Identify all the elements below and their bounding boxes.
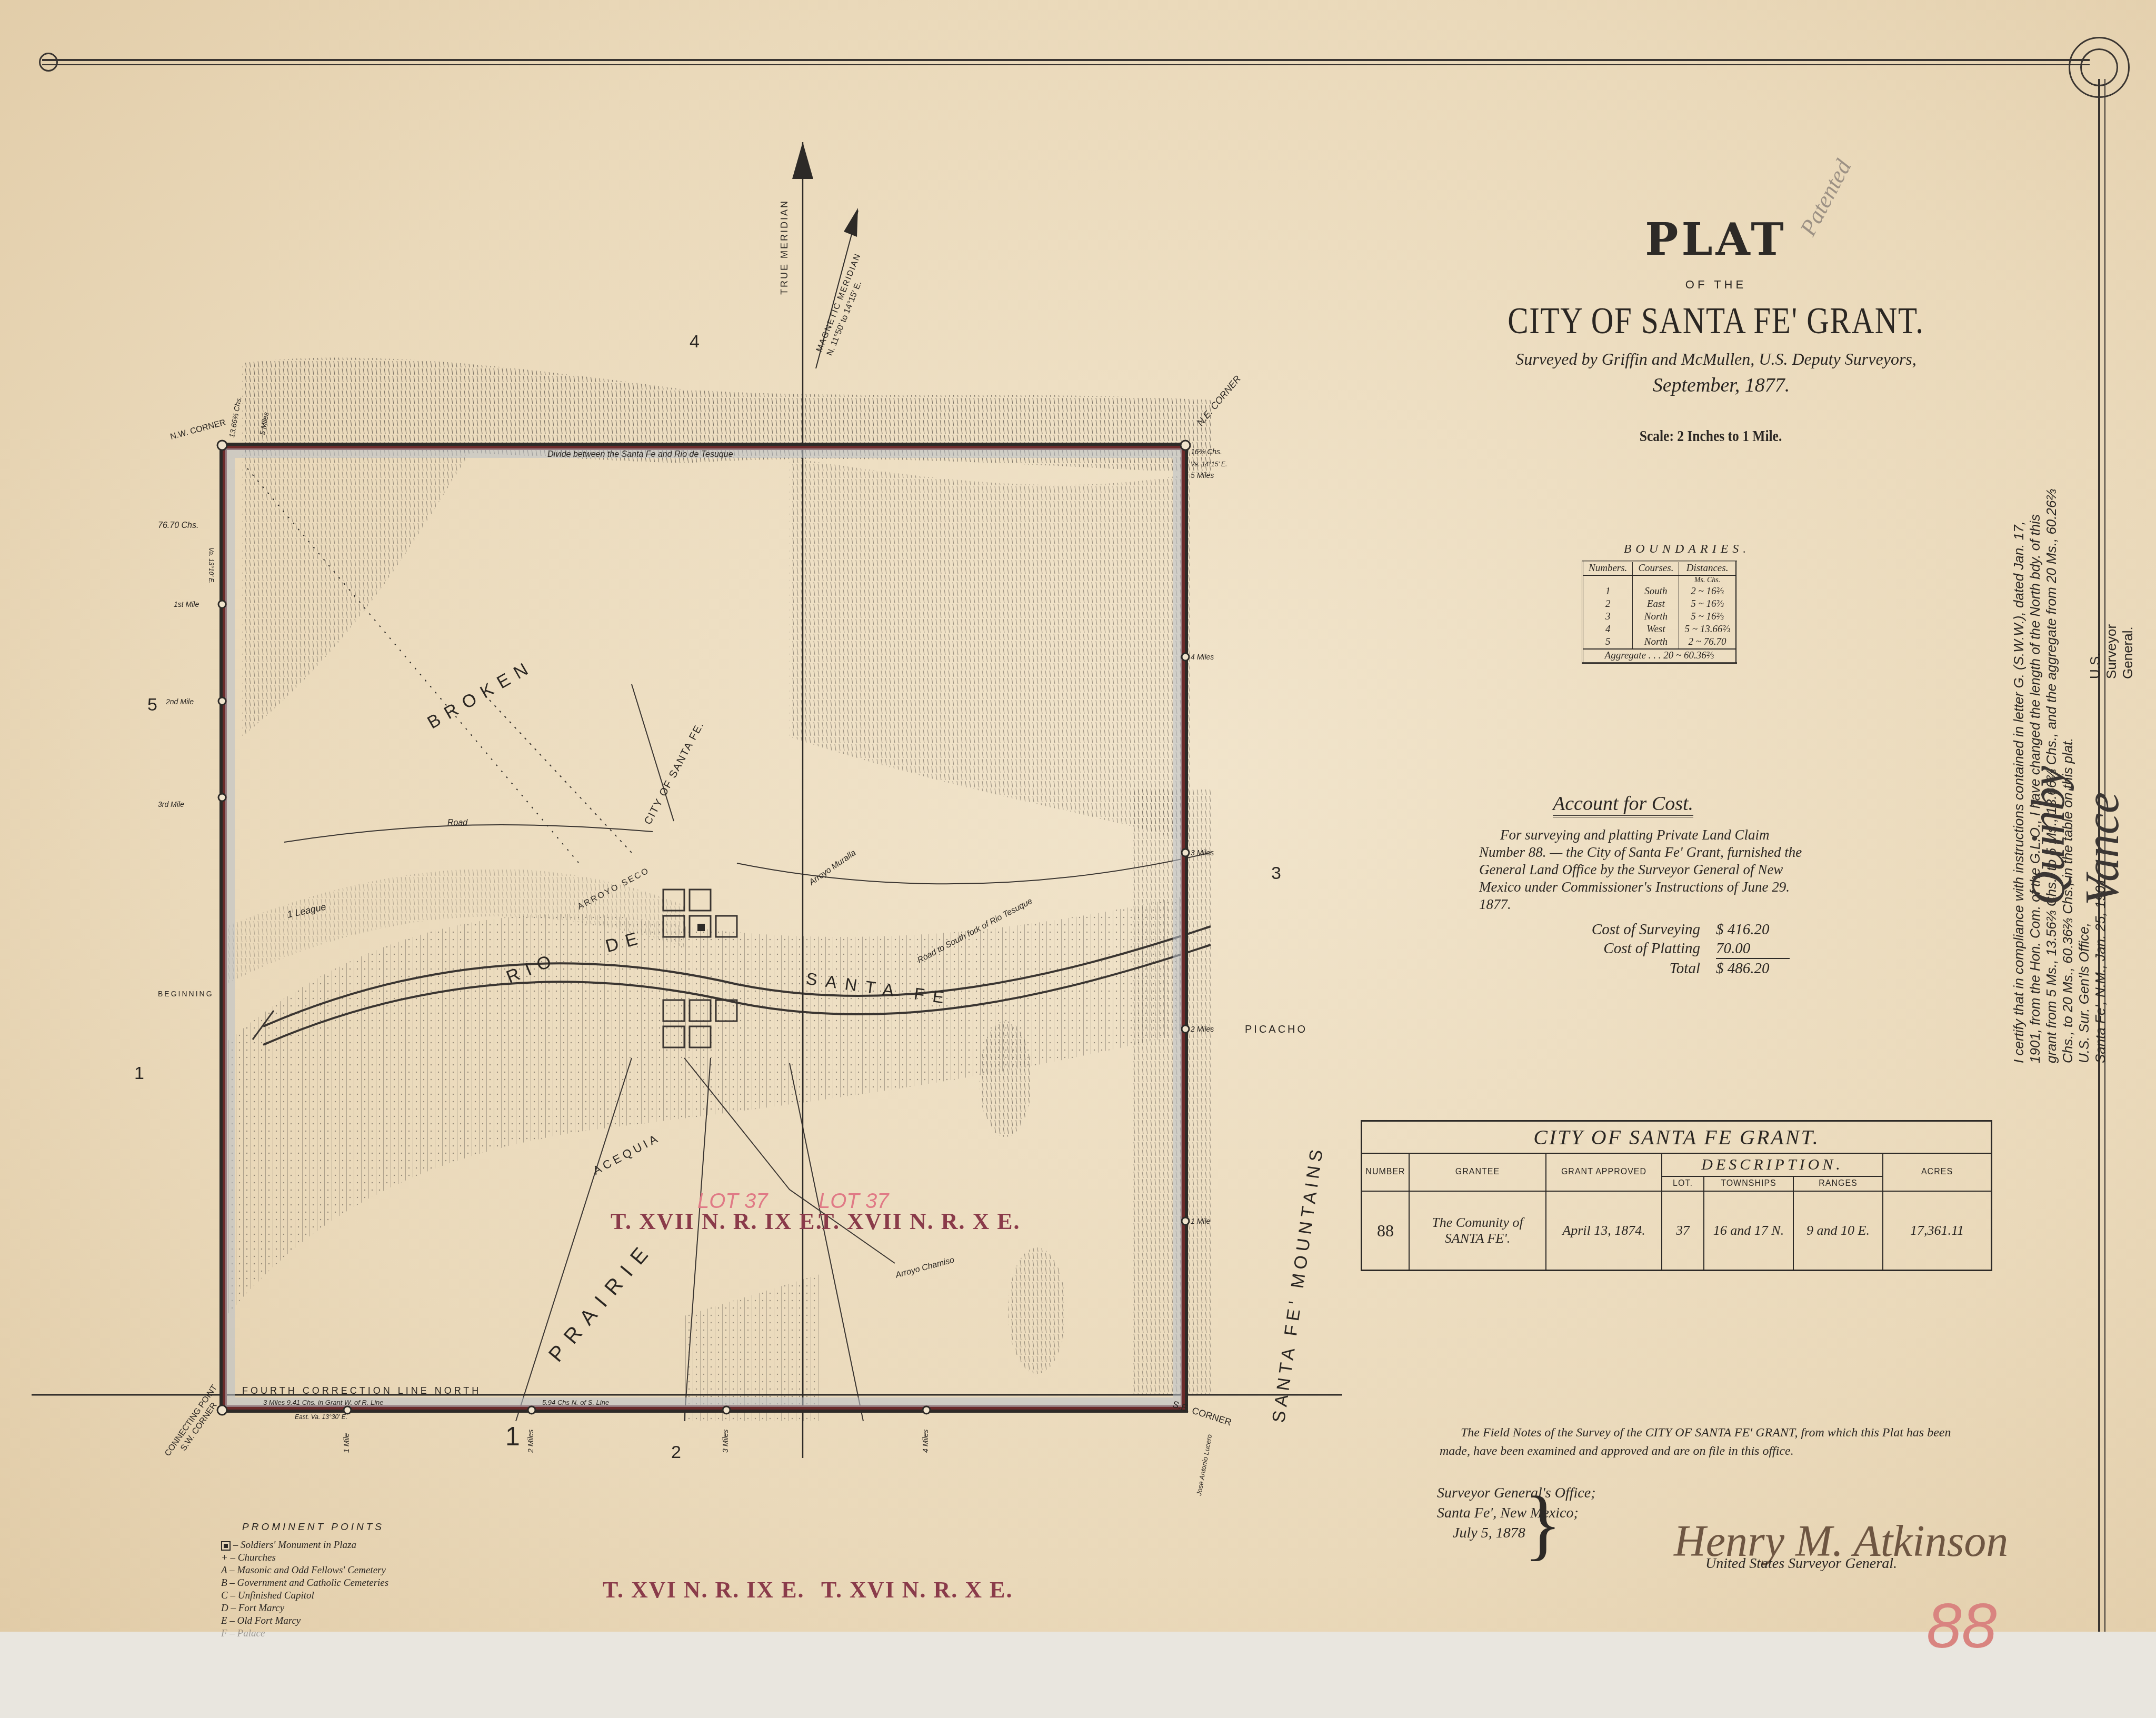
road-label: Road [447, 818, 467, 828]
beginning-label: BEGINNING [158, 990, 214, 998]
legend-item: + – Churches [221, 1552, 388, 1564]
legend-item: C – Unfinished Capitol [221, 1590, 388, 1602]
monument-icon [221, 1541, 231, 1551]
east-4-miles: 4 Miles [1191, 653, 1214, 661]
south-1-mile: 1 Mile [342, 1433, 351, 1453]
legend-item: A – Masonic and Odd Fellows' Cemetery [221, 1564, 388, 1577]
east-5-miles: 5 Miles [1191, 471, 1214, 480]
township-xvii-r-x: T. XVII N. R. X E. [819, 1208, 1021, 1235]
plaza-monument-icon [697, 924, 705, 931]
section-number-2: 2 [671, 1442, 681, 1463]
south-3-miles: 3 Miles [721, 1430, 730, 1453]
true-meridian-label: TRUE MERIDIAN [779, 199, 790, 295]
east-2-miles: 2 Miles [1191, 1025, 1214, 1033]
south-2-miles: 2 Miles [526, 1430, 535, 1453]
west-76-70-chs: 76.70 Chs. [158, 521, 198, 531]
legend-item: F – Palace [221, 1627, 388, 1640]
correction-line-note-2: 5.94 Chs N. of S. Line [542, 1399, 609, 1406]
west-mile-3: 3rd Mile [158, 800, 184, 808]
section-number-3: 3 [1271, 863, 1281, 884]
west-mile-2: 2nd Mile [166, 697, 194, 706]
legend-item: – Soldiers' Monument in Plaza [221, 1539, 388, 1552]
picacho-label: PICACHO [1245, 1024, 1307, 1036]
correction-line-note-1: 3 Miles 9.41 Chs. in Grant W. of R. Line [263, 1399, 384, 1406]
south-4-miles: 4 Miles [921, 1430, 930, 1453]
prominent-points-legend: PROMINENT POINTS – Soldiers' Monument in… [221, 1521, 388, 1640]
divide-label: Divide between the Santa Fe and Rio de T… [547, 450, 733, 460]
west-variation: Va. 13°10' E. [207, 547, 215, 584]
east-3-miles: 3 Miles [1191, 848, 1214, 857]
east-16-chs: 16⅔ Chs. [1191, 447, 1222, 456]
legend-title: PROMINENT POINTS [242, 1521, 388, 1534]
map-drawing [0, 0, 2156, 1718]
legend-item: D – Fort Marcy [221, 1602, 388, 1615]
township-xvi-r-ix: T. XVI N. R. IX E. [603, 1576, 805, 1603]
legend-item: B – Government and Catholic Cemeteries [221, 1577, 388, 1590]
south-variation: East. Va. 13°30' E. [295, 1413, 347, 1421]
township-xvi-r-x: T. XVI N. R. X E. [821, 1576, 1013, 1603]
legend-item: E – Old Fort Marcy [221, 1615, 388, 1627]
church-cross-icon: + [221, 1552, 228, 1563]
east-1-mile: 1 Mile [1191, 1217, 1210, 1225]
section-number-1-south: 1 [505, 1421, 520, 1452]
east-va: Va. 14°15' E. [1191, 461, 1227, 468]
section-number-5: 5 [147, 695, 157, 715]
west-mile-1: 1st Mile [174, 600, 199, 608]
section-number-1-west: 1 [134, 1063, 144, 1084]
fourth-correction-line-label: FOURTH CORRECTION LINE NORTH [242, 1385, 481, 1396]
township-xvii-r-ix: T. XVII N. R. IX E. [611, 1208, 823, 1235]
section-number-4: 4 [690, 332, 700, 352]
